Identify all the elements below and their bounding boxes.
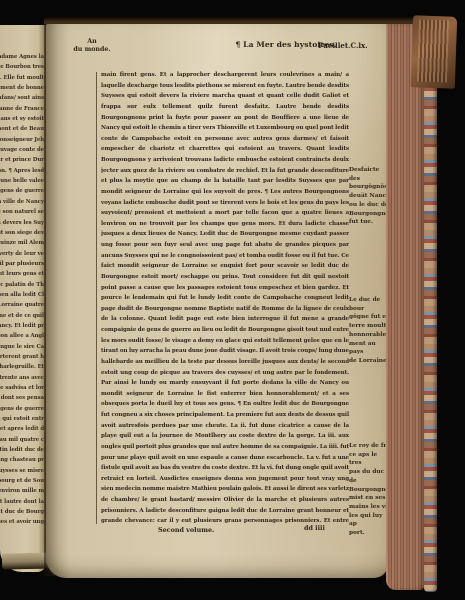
margin-note-line: port. <box>349 529 391 538</box>
margin-note-line: honnorable- <box>349 331 391 340</box>
left-page-text-fragment: du matin ledit duc de <box>0 445 44 455</box>
left-page-text-fragment: an Sauvage conte de <box>0 145 44 155</box>
margin-note-line: ce aps le tres <box>349 451 391 468</box>
body-text-block: main firent gens. Et a lapprocher descha… <box>101 70 349 528</box>
left-page-text-fragment: guerre qui estoit entr <box>0 414 44 424</box>
text-column-rule <box>96 72 97 524</box>
left-page-text-fragment: angon. ¶ Apres lesd <box>0 166 44 176</box>
left-page-text-fragment: les Suysses se misre <box>0 466 44 476</box>
left-page-text-fragment: ars de gens de guerre <box>0 186 44 196</box>
era-label: An du monde. <box>70 38 114 53</box>
left-page-text-fragment: Frederic palatin de Th <box>0 280 44 290</box>
left-page-text-fragment: Suysses et avoir ung <box>0 517 44 527</box>
volume-footer: Second volume. <box>158 526 214 534</box>
left-page-text-fragment: Royes dont ses pensa <box>0 393 44 403</box>
margin-note-line: ou le duc de <box>349 201 391 210</box>
left-page-text-fragment: ue madame Agnes la <box>0 52 44 62</box>
era-label-line2: du monde. <box>70 46 114 54</box>
book-photo-scene: ue madame Agnes laalieu de Bourbon tresa… <box>0 0 465 600</box>
margin-note-line: deuät Nancy <box>349 192 391 201</box>
left-page-text-fragment: gongne et de ce quil <box>0 311 44 321</box>
signature-mark: dd iiii <box>304 524 325 532</box>
margin-note-line: fut tue. <box>349 218 391 227</box>
left-page-text-fragment: de Nancy. Et ledit pr <box>0 321 44 331</box>
left-page-text-fragment: conseil par plusieurs <box>0 259 44 269</box>
left-page-text-fragment: rebelle sadvisa et lor <box>0 383 44 393</box>
left-page-text-fragment: nt ledit duc de Bourg <box>0 507 44 517</box>
left-page-text-fragment: orraine son naturel se <box>0 207 44 217</box>
margin-note-line: gögne fut en <box>349 313 391 322</box>
left-page-text-fragment: uf ans et sy estoit <box>0 114 44 124</box>
left-page-edge: ue madame Agnes laalieu de Bourbon tresa… <box>0 25 47 572</box>
left-page-text-column: ue madame Agnes laalieu de Bourbon tresa… <box>0 52 44 534</box>
left-page-text-fragment: e Clermont et de Beau <box>0 124 44 134</box>
margin-note-line: mist en ses <box>349 494 391 503</box>
left-page-text-fragment: gne Jehanne de France <box>0 104 44 114</box>
margin-note-line: bourgögnös <box>349 183 391 192</box>
left-page-text-fragment: collet au mil quatre c <box>0 435 44 445</box>
era-label-line1: An <box>70 38 114 46</box>
left-page-text-fragment: si firent leurs gens et <box>0 269 44 279</box>
left-page-text-fragment: eu. Monseigneur Jeh <box>0 135 44 145</box>
margin-note-defeat-of-burgundians: Desfaicte desbourgögnösdeuät Nancyou le … <box>349 166 391 227</box>
margin-note-line: Bourgongne <box>349 486 391 495</box>
left-page-text-fragment: nguement de bonne <box>0 83 44 93</box>
left-page-text-fragment: quelz environ mille m <box>0 486 44 496</box>
margin-note-line: de Lorraine. <box>349 357 391 366</box>
margin-note-line: ment au pays <box>349 340 391 357</box>
fore-edge <box>386 24 425 590</box>
left-page-text-fragment: fut adverty de leur ve <box>0 249 44 259</box>
margin-note-line: Le roy de frã <box>349 442 391 451</box>
left-page-text-fragment: nt et sen alla ledit Cl <box>0 290 44 300</box>
fore-edge-marbling <box>424 78 437 592</box>
margin-note-line: Le duc de bour <box>349 296 391 313</box>
left-page-text-fragment: avoit trente ans avec <box>0 373 44 383</box>
left-page-text-fragment: e assist son siege dev <box>0 228 44 238</box>
left-page-text-fragment: le alla devers les Suy <box>0 218 44 228</box>
left-page-text-fragment: de Lorraine quatre <box>0 300 44 310</box>
left-page-text-fragment: puis son allee a Angl <box>0 331 44 341</box>
left-page-text-fragment: ourgongne le sire Ca <box>0 342 44 352</box>
left-page-text-fragment: ncy et gens de guerre <box>0 404 44 414</box>
margin-note-line: pas du duc de <box>349 468 391 485</box>
margin-note-line: mains les vil <box>349 503 391 512</box>
left-page-text-fragment: eigneur et prince Dur <box>0 155 44 165</box>
margin-note-duke-buried: Le duc de bourgögne fut enterre moulthon… <box>349 296 391 366</box>
left-page-text-fragment: alieu de Bourbon tres <box>0 62 44 72</box>
left-page-text-fragment: iere et lautre dont la <box>0 497 44 507</box>
left-page-text-fragment: de Tharlegruille. Et <box>0 362 44 372</box>
margin-note-line: les qui luy ap <box>349 512 391 529</box>
left-page-text-fragment: ge ou quinze mil Alem <box>0 238 44 248</box>
margin-note-line: Desfaicte des <box>349 166 391 183</box>
left-page-text-fragment: entre ung chasteau pr <box>0 455 44 465</box>
fore-edge-top-corner-stripes <box>417 19 449 82</box>
left-page-text-fragment: es enfans/ sont ains <box>0 93 44 103</box>
left-page-text-fragment: venir et apres ledit d <box>0 424 44 434</box>
margin-note-line: Bourgongne <box>349 210 391 219</box>
left-page-text-fragment: ant la ville de Nancy <box>0 197 44 207</box>
margin-note-king-of-france: Le roy de frãce aps le trespas du duc de… <box>349 442 391 538</box>
left-page-text-fragment: nt en une belle valee <box>0 176 44 186</box>
left-page-text-fragment: luy porterent grant h <box>0 352 44 362</box>
left-page-text-fragment: aigne. Elle fut moult <box>0 73 44 83</box>
main-page: An du monde. ¶ La Mer des hystoires. Fue… <box>46 24 388 578</box>
left-page-text-fragment: de Fribourg et de Sou <box>0 476 44 486</box>
margin-note-line: terre moult <box>349 322 391 331</box>
